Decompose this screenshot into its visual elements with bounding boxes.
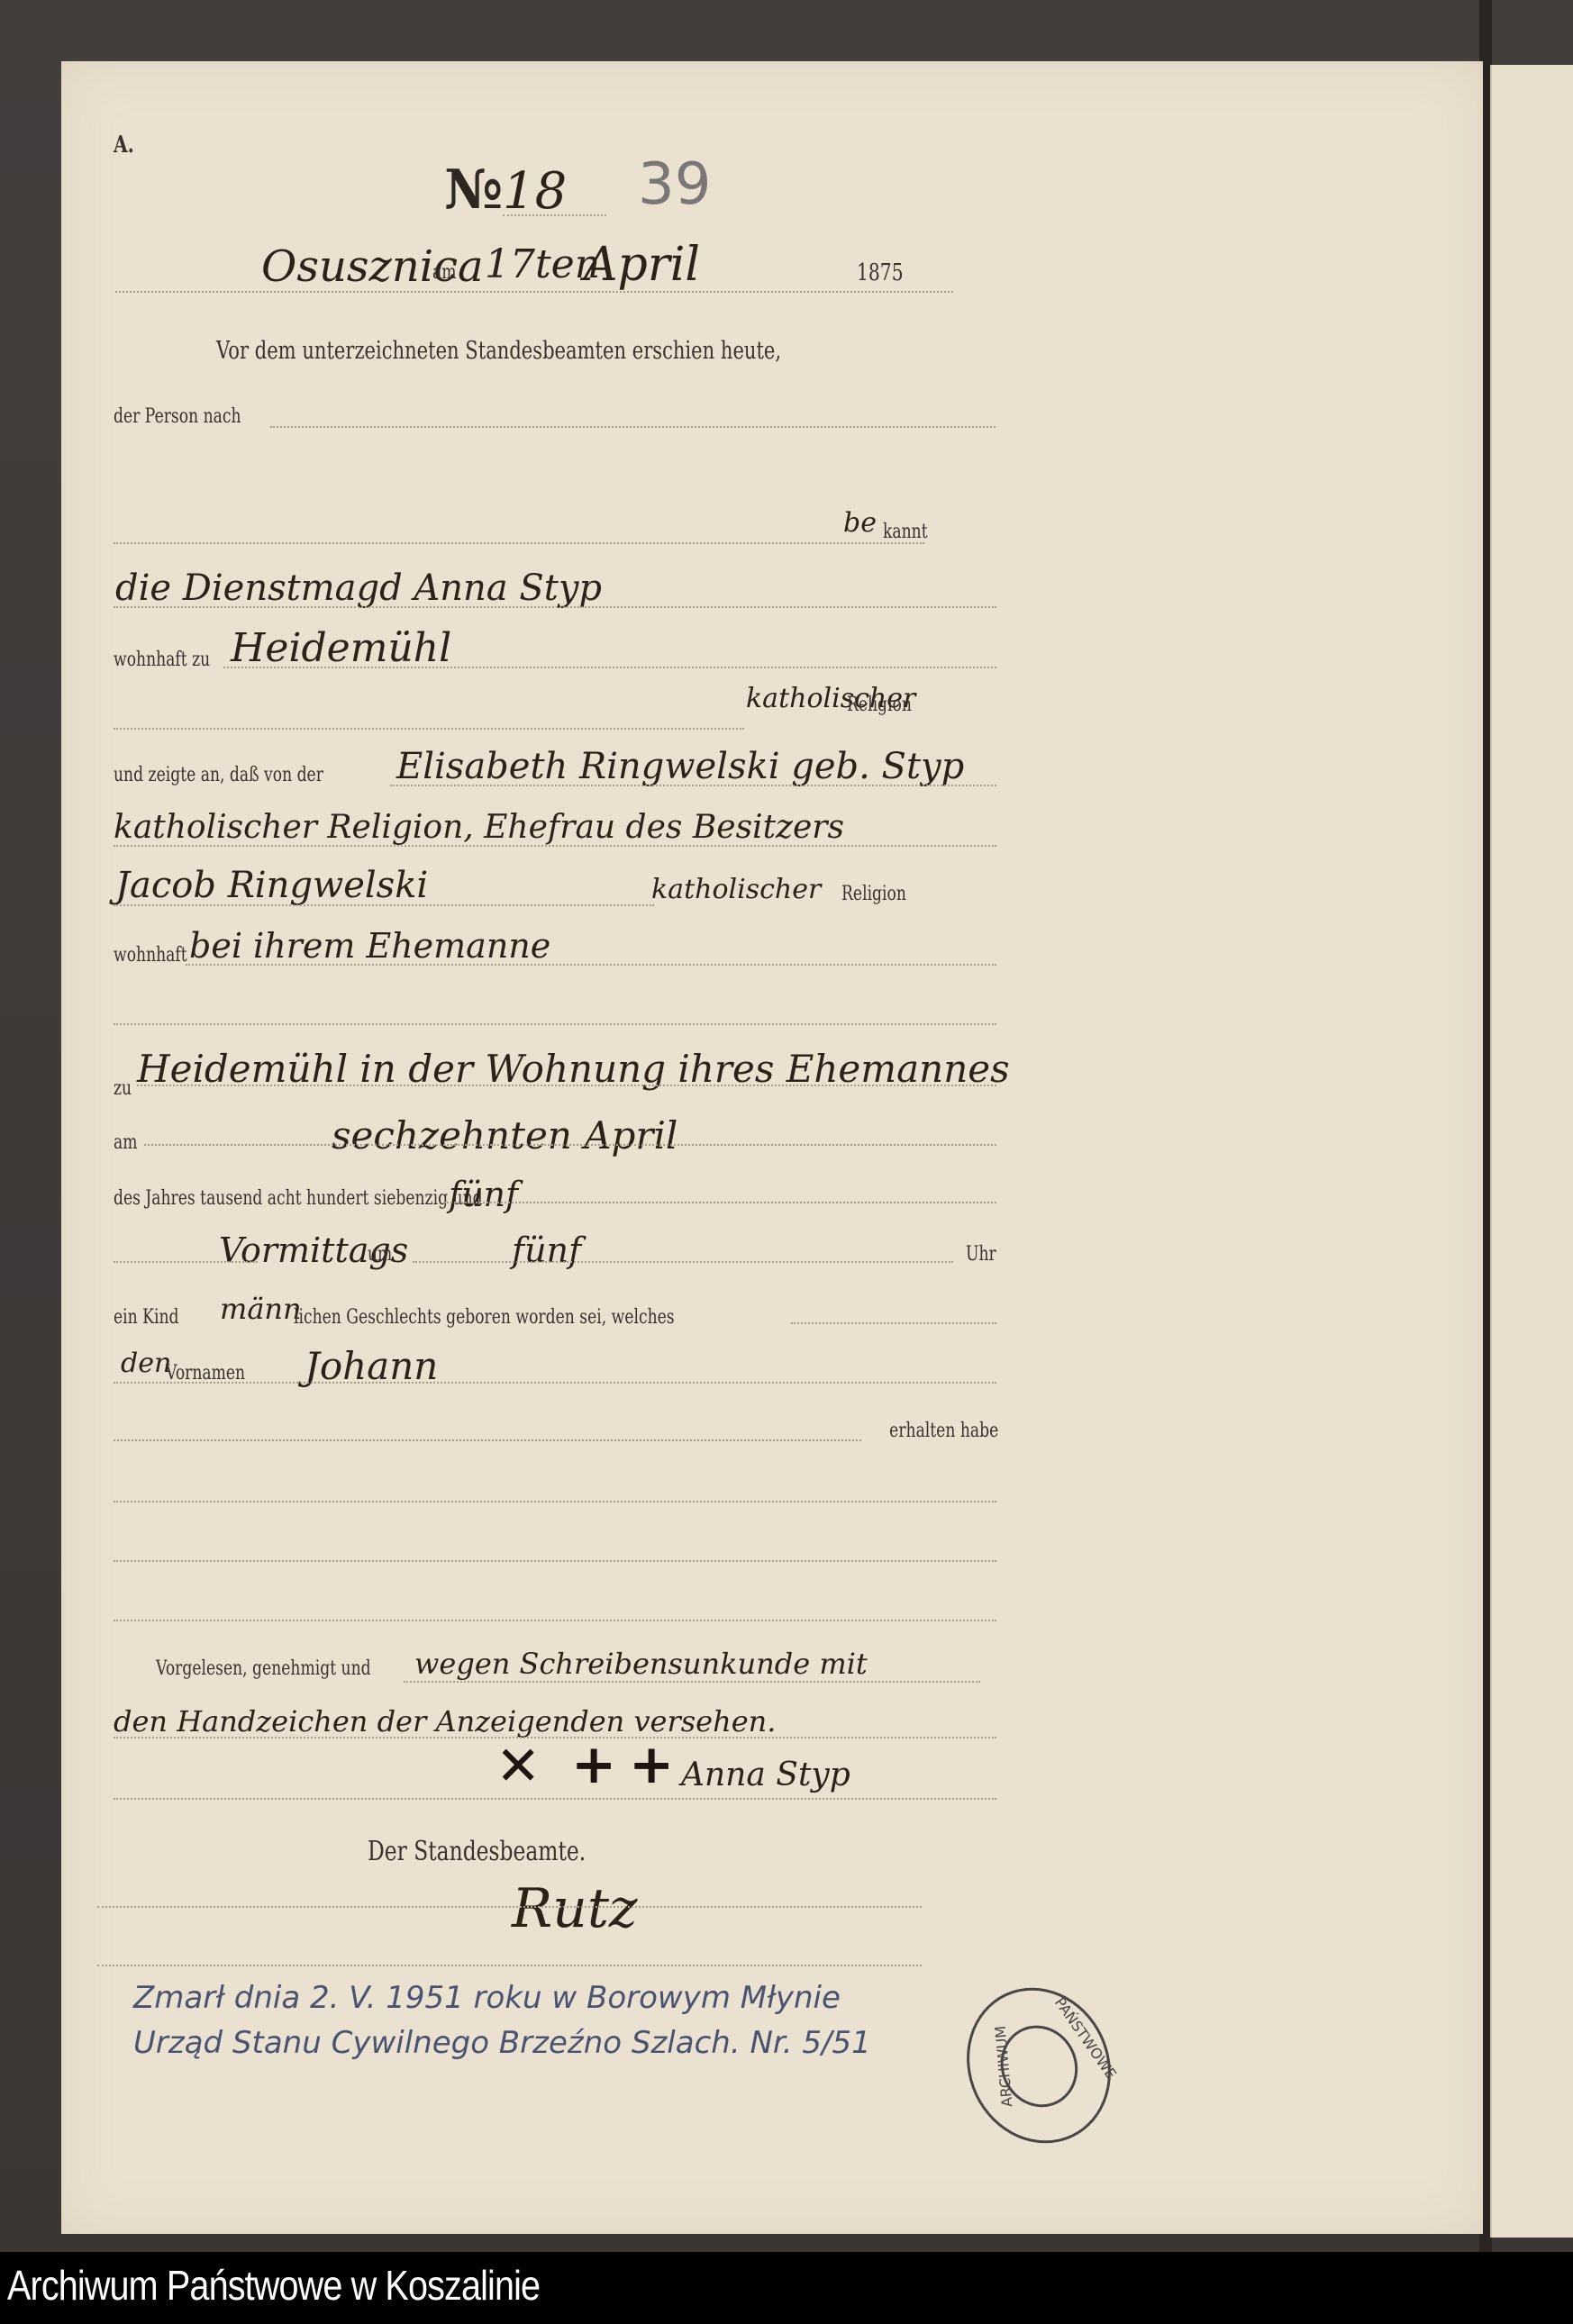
announced-label: und zeigte an, daß von der <box>114 764 323 786</box>
informant-signature: Anna Styp <box>681 1757 850 1793</box>
number-label: № <box>444 159 503 222</box>
death-annotation-line2: Urząd Stanu Cywilnego Brzeźno Szlach. Nr… <box>133 2025 871 2061</box>
time-uhr: Uhr <box>966 1243 996 1266</box>
informant-mark-3: + <box>629 1733 674 1796</box>
year-hand: fünf <box>449 1175 518 1214</box>
date-day: 17ten <box>485 241 600 287</box>
informant-name: die Dienstmagd Anna Styp <box>115 567 602 609</box>
informant-mark-2: + <box>571 1733 616 1796</box>
received-label: erhalten habe <box>889 1420 998 1442</box>
residence-label: wohnhaft zu <box>114 649 210 671</box>
registrar-label: Der Standesbeamte. <box>368 1836 586 1867</box>
adjacent-page-edge <box>1490 65 1573 2238</box>
residence: Heidemühl <box>231 625 451 671</box>
child-label-a: ein Kind <box>114 1306 179 1329</box>
birth-date-label: am <box>114 1131 138 1154</box>
read-hand-2: den Handzeichen der Anzeigenden versehen… <box>114 1704 776 1738</box>
archive-name: Archiwum Państwowe w Koszalinie <box>7 2261 540 2310</box>
known-hand: be <box>843 507 877 539</box>
date-am: am <box>432 261 457 284</box>
mother-residence-label: wohnhaft <box>114 944 187 967</box>
read-label: Vorgelesen, genehmigt und <box>156 1657 371 1680</box>
record-number: 18 <box>503 162 567 221</box>
informant-mark-1: ✕ <box>496 1735 541 1798</box>
pencil-number: 39 <box>638 151 711 218</box>
time-hour: fünf <box>512 1230 581 1270</box>
religion-label: Religion <box>847 694 912 716</box>
mother-name: Elisabeth Ringwelski geb. Styp <box>396 746 964 787</box>
death-annotation-line1: Zmarł dnia 2. V. 1951 roku w Borowym Mły… <box>133 1980 841 2016</box>
mother-line2: katholischer Religion, Ehefrau des Besit… <box>114 809 844 846</box>
date-month: April <box>584 238 700 292</box>
intro-text: Vor dem unterzeichneten Standesbeamten e… <box>216 337 781 365</box>
father-religion-hand: katholischer <box>651 874 821 905</box>
birth-date: sechzehnten April <box>332 1113 677 1157</box>
child-sex-hand: männ <box>220 1292 302 1326</box>
series-letter: A. <box>114 132 134 159</box>
registrar-signature: Rutz <box>512 1877 638 1940</box>
mother-residence: bei ihrem Ehemanne <box>189 926 550 966</box>
known-print: kannt <box>883 521 928 543</box>
father-name: Jacob Ringwelski <box>115 865 428 906</box>
person-label: der Person nach <box>114 405 241 428</box>
birthplace-label: zu <box>114 1077 132 1100</box>
birth-record-page: A. № 18 39 Osusznica am 17ten April 1875… <box>61 61 1483 2234</box>
child-label-b: lichen Geschlechts geboren worden sei, w… <box>294 1306 675 1329</box>
read-hand-1: wegen Schreibensunkunde mit <box>414 1647 868 1681</box>
year-label: des Jahres tausend acht hundert siebenzi… <box>114 1187 483 1210</box>
father-religion-label: Religion <box>841 883 906 905</box>
time-um: um <box>368 1243 392 1266</box>
given-name-prefix-hand: den <box>121 1348 171 1379</box>
year-printed: 1875 <box>857 259 904 286</box>
